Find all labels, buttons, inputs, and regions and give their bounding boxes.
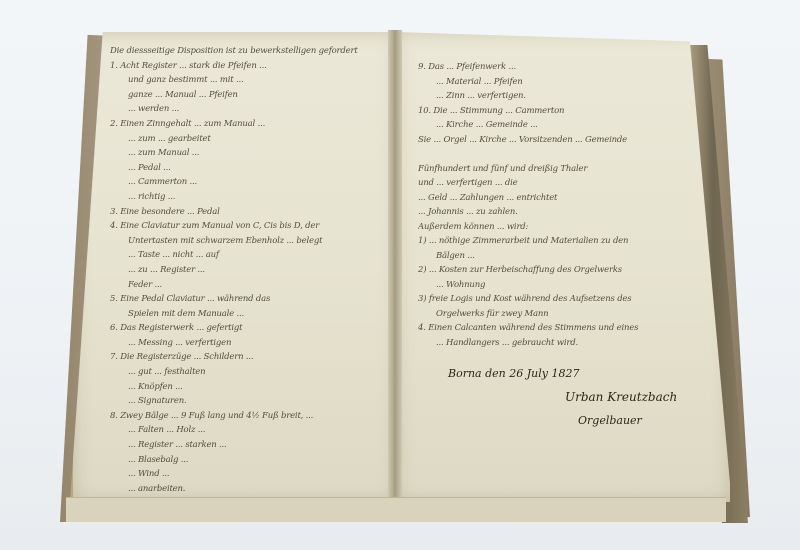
manuscript-line: ... Wohnung xyxy=(418,278,688,293)
manuscript-line: und ganz bestimmt ... mit ... xyxy=(110,73,385,88)
manuscript-line: Sie ... Orgel ... Kirche ... Vorsitzende… xyxy=(418,133,688,148)
manuscript-line: 6. Das Registerwerk ... gefertigt xyxy=(110,321,385,336)
manuscript-line: ... werden ... xyxy=(110,102,385,117)
manuscript-line: ... zum ... gearbeitet xyxy=(110,132,385,147)
open-manuscript: Die diessseitige Disposition ist zu bewe… xyxy=(0,0,800,550)
manuscript-line: ... Handlangers ... gebraucht wird. xyxy=(418,336,688,351)
manuscript-line: 1) ... nöthige Zimmerarbeit und Material… xyxy=(418,234,688,249)
manuscript-line: ... Blasebalg ... xyxy=(110,453,385,468)
manuscript-line: Untertasten mit schwarzem Ebenholz ... b… xyxy=(110,234,385,249)
manuscript-line: ... Kirche ... Gemeinde ... xyxy=(418,118,688,133)
manuscript-line: ... Material ... Pfeifen xyxy=(418,75,688,90)
manuscript-line: ... richtig ... xyxy=(110,190,385,205)
right-page-text: 9. Das ... Pfeifenwerk ...... Material .… xyxy=(418,60,688,350)
manuscript-line: 2) ... Kosten zur Herbeischaffung des Or… xyxy=(418,263,688,278)
manuscript-line: Feder ... xyxy=(110,278,385,293)
manuscript-line: und ... verfertigen ... die xyxy=(418,176,688,191)
manuscript-line: 4. Einen Calcanten während des Stimmens … xyxy=(418,321,688,336)
signature-name: Urban Kreutzbach xyxy=(565,390,677,404)
manuscript-line: ... Taste ... nicht ... auf xyxy=(110,248,385,263)
manuscript-line: Außerdem können ... wird: xyxy=(418,220,688,235)
manuscript-line: ... Messing ... verfertigen xyxy=(110,336,385,351)
manuscript-line: ... Johannis ... zu zahlen. xyxy=(418,205,688,220)
manuscript-line: Spielen mit dem Manuale ... xyxy=(110,307,385,322)
manuscript-line: ... Register ... starken ... xyxy=(110,438,385,453)
manuscript-line: Die diessseitige Disposition ist zu bewe… xyxy=(110,44,385,59)
manuscript-line: 3) freie Logis und Kost während des Aufs… xyxy=(418,292,688,307)
manuscript-line: ganze ... Manual ... Pfeifen xyxy=(110,88,385,103)
date-line: Borna den 26 July 1827 xyxy=(448,367,579,380)
book-gutter xyxy=(388,30,402,505)
manuscript-line: ... Signaturen. xyxy=(110,394,385,409)
manuscript-line: 7. Die Registerzüge ... Schildern ... xyxy=(110,350,385,365)
manuscript-line: ... Geld ... Zahlungen ... entrichtet xyxy=(418,191,688,206)
manuscript-line: Orgelwerks für zwey Mann xyxy=(418,307,688,322)
manuscript-line: 3. Eine besondere ... Pedal xyxy=(110,205,385,220)
manuscript-line: ... Pedal ... xyxy=(110,161,385,176)
page-stack-bottom xyxy=(66,497,726,522)
signature-title: Orgelbauer xyxy=(578,414,642,427)
manuscript-line xyxy=(418,147,688,162)
manuscript-line: Bälgen ... xyxy=(418,249,688,264)
manuscript-line: ... Wind ... xyxy=(110,467,385,482)
manuscript-line: 8. Zwey Bälge ... 9 Fuß lang und 4½ Fuß … xyxy=(110,409,385,424)
manuscript-line: ... zum Manual ... xyxy=(110,146,385,161)
manuscript-line: ... Falten ... Holz ... xyxy=(110,423,385,438)
manuscript-line: ... gut ... festhalten xyxy=(110,365,385,380)
manuscript-line: ... Cammerton ... xyxy=(110,175,385,190)
left-page-text: Die diessseitige Disposition ist zu bewe… xyxy=(110,44,385,496)
manuscript-line: 5. Eine Pedal Claviatur ... während das xyxy=(110,292,385,307)
manuscript-line: ... anarbeiten. xyxy=(110,482,385,497)
manuscript-line: 9. Das ... Pfeifenwerk ... xyxy=(418,60,688,75)
manuscript-line: ... Knöpfen ... xyxy=(110,380,385,395)
manuscript-line: ... zu ... Register ... xyxy=(110,263,385,278)
manuscript-line: 4. Eine Claviatur zum Manual von C, Cis … xyxy=(110,219,385,234)
manuscript-line: 2. Einen Zinngehalt ... zum Manual ... xyxy=(110,117,385,132)
manuscript-line: 10. Die ... Stimmung ... Cammerton xyxy=(418,104,688,119)
manuscript-line: ... Zinn ... verfertigen. xyxy=(418,89,688,104)
manuscript-line: 1. Acht Register ... stark die Pfeifen .… xyxy=(110,59,385,74)
manuscript-line: Fünfhundert und fünf und dreißig Thaler xyxy=(418,162,688,177)
